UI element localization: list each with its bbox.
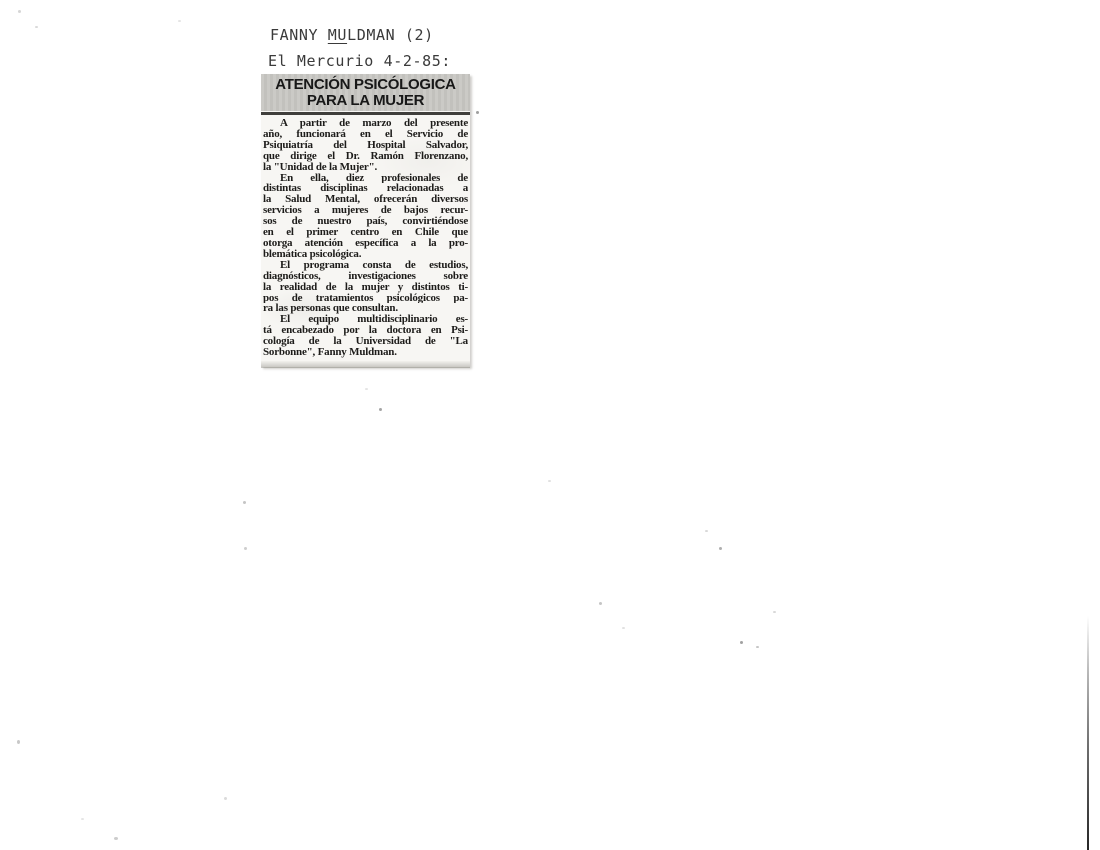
article-line: la realidad de la mujer y distintos ti- [263, 282, 468, 293]
scan-speck [476, 111, 479, 114]
scan-speck [705, 530, 708, 532]
article-line: distintas disciplinas relacionadas a [263, 183, 468, 194]
newspaper-clipping: ATENCIÓN PSICÓLOGICA PARA LA MUJER A par… [261, 74, 470, 367]
scan-speck [622, 627, 625, 629]
typed-name-part3: LDMAN (2) [347, 26, 434, 44]
headline-line-1: ATENCIÓN PSICÓLOGICA [261, 77, 470, 93]
article-line: Psiquiatría del Hospital Salvador, [263, 140, 468, 151]
scan-speck [719, 547, 722, 550]
article-line: la Salud Mental, ofrecerán diversos [263, 194, 468, 205]
scanned-page: FANNY MULDMAN (2) El Mercurio 4-2-85: AT… [0, 0, 1100, 850]
article-body: A partir de marzo del presenteaño, funci… [261, 115, 470, 358]
typed-title-line: FANNY MULDMAN (2) [270, 26, 434, 44]
typed-name-part1: FANNY [270, 26, 328, 44]
article-line: diagnósticos, investigaciones sobre [263, 271, 468, 282]
scan-speck [773, 611, 776, 613]
scan-speck [740, 641, 743, 644]
scan-edge-line [1087, 616, 1089, 850]
clipping-bottom-edge [261, 361, 470, 368]
scan-speck [178, 20, 181, 22]
scan-speck [548, 480, 551, 482]
article-line: ra las personas que consultan. [263, 303, 468, 314]
article-line: otorga atención específica a la pro- [263, 238, 468, 249]
article-line: en el primer centro en Chile que [263, 227, 468, 238]
article-line: Sorbonne", Fanny Muldman. [263, 347, 468, 358]
typed-source-line: El Mercurio 4-2-85: [268, 52, 451, 70]
article-line: sos de nuestro país, convirtiéndose [263, 216, 468, 227]
article-line: año, funcionará en el Servicio de [263, 129, 468, 140]
article-line: cología de la Universidad de "La [263, 336, 468, 347]
scan-speck [243, 501, 246, 504]
article-line: pos de tratamientos psicológicos pa- [263, 293, 468, 304]
article-line: la "Unidad de la Mujer". [263, 162, 468, 173]
scan-speck [81, 818, 84, 820]
article-line: servicios a mujeres de bajos recur- [263, 205, 468, 216]
scan-speck [17, 740, 20, 744]
article-line: blemática psicológica. [263, 249, 468, 260]
scan-speck [35, 26, 38, 28]
scan-speck [365, 388, 368, 390]
article-line: tá encabezado por la doctora en Psi- [263, 325, 468, 336]
scan-speck [224, 797, 227, 800]
article-line: A partir de marzo del presente [263, 118, 468, 129]
typed-name-underlined: MU [328, 26, 347, 44]
article-line: En ella, diez profesionales de [263, 173, 468, 184]
scan-speck [379, 408, 382, 411]
headline-line-2: PARA LA MUJER [261, 93, 470, 109]
article-line: que dirige el Dr. Ramón Florenzano, [263, 151, 468, 162]
scan-speck [18, 10, 21, 13]
headline-band: ATENCIÓN PSICÓLOGICA PARA LA MUJER [261, 74, 470, 111]
article-line: El programa consta de estudios, [263, 260, 468, 271]
article-line: El equipo multidisciplinario es- [263, 314, 468, 325]
scan-speck [756, 646, 759, 648]
scan-speck [114, 837, 118, 840]
scan-speck [599, 602, 602, 605]
scan-speck [244, 547, 247, 550]
